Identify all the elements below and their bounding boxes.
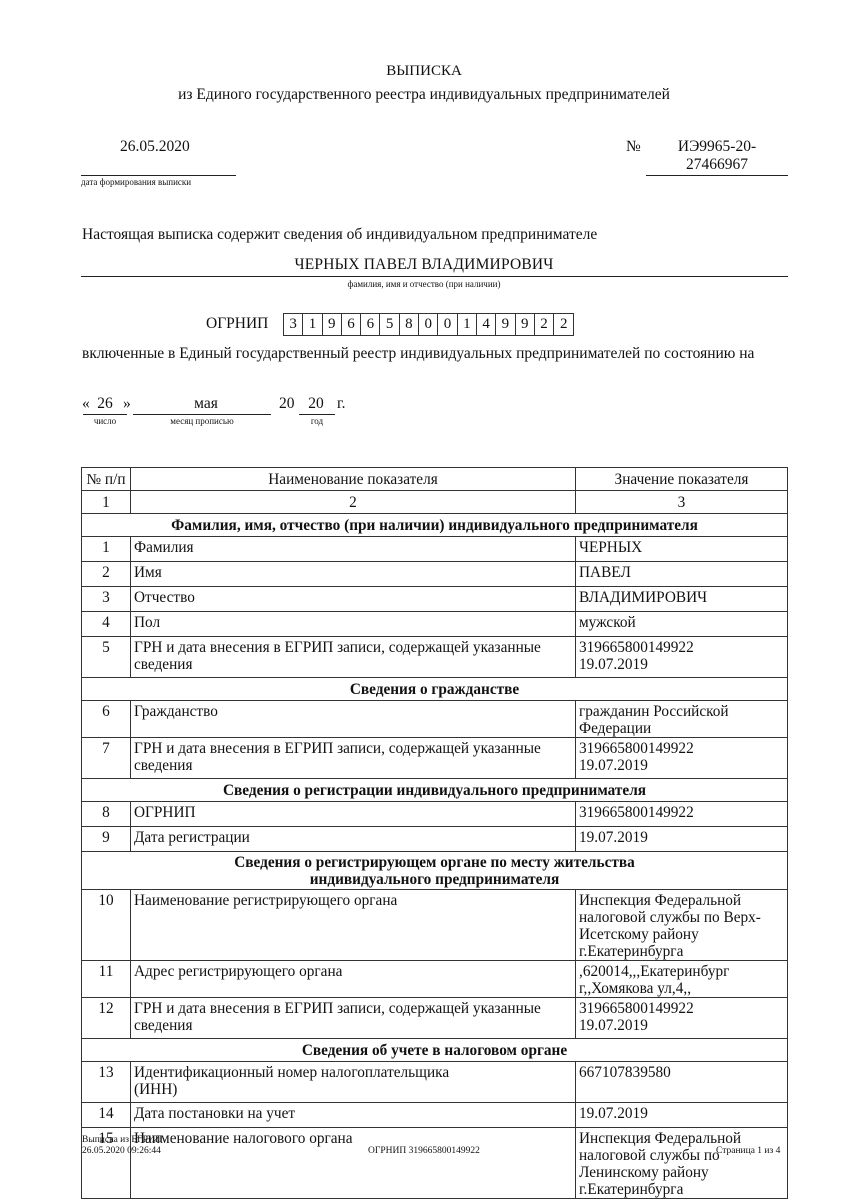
row-value: мужской (576, 612, 788, 637)
table-row: 5 ГРН и дата внесения в ЕГРИП записи, со… (82, 637, 788, 678)
row-number: 14 (82, 1103, 131, 1128)
grn-date: 19.07.2019 (579, 757, 784, 774)
ogrnip-digit-boxes: 3 1 9 6 6 5 8 0 0 1 4 9 9 2 2 (283, 313, 574, 336)
table-row: 10 Наименование регистрирующего органа И… (82, 890, 788, 961)
row-value: ,620014,,,Екатеринбург г,,Хомякова ул,4,… (576, 961, 788, 998)
section-title: Сведения о регистрирующем органе по мест… (82, 852, 788, 890)
section-title: Сведения о гражданстве (82, 678, 788, 701)
row-number: 9 (82, 827, 131, 852)
ogrnip-digit: 5 (380, 314, 399, 335)
ogrnip-digit: 1 (303, 314, 322, 335)
ogrnip-digit: 8 (400, 314, 419, 335)
row-number: 13 (82, 1062, 131, 1103)
table-row: 14 Дата постановки на учет 19.07.2019 (82, 1103, 788, 1128)
day-caption: число (83, 416, 127, 426)
grn-value: 319665800149922 (579, 639, 784, 656)
index-cell: 1 (82, 491, 131, 514)
year-underline (299, 414, 335, 415)
row-value: 319665800149922 (576, 802, 788, 827)
intro-text: Настоящая выписка содержит сведения об и… (82, 226, 597, 244)
row-value: ВЛАДИМИРОВИЧ (576, 587, 788, 612)
row-name: ГРН и дата внесения в ЕГРИП записи, соде… (131, 738, 576, 779)
row-number: 5 (82, 637, 131, 678)
row-value: гражданин Российской Федерации (576, 701, 788, 738)
header-indicator-value: Значение показателя (576, 468, 788, 491)
section-header: Фамилия, имя, отчество (при наличии) инд… (82, 514, 788, 537)
row-name: Дата постановки на учет (131, 1103, 576, 1128)
index-cell: 2 (131, 491, 576, 514)
number-sign: № (626, 138, 641, 156)
ogrnip-digit: 3 (284, 314, 303, 335)
section-header: Сведения о регистрирующем органе по мест… (82, 852, 788, 890)
footer-ogrnip: ОГРНИП 319665800149922 (368, 1146, 480, 1157)
ogrnip-digit: 2 (554, 314, 573, 335)
extract-date: 26.05.2020 (120, 138, 190, 156)
year-suffix: г. (337, 395, 345, 413)
table-index-row: 1 2 3 (82, 491, 788, 514)
row-value: 19.07.2019 (576, 1103, 788, 1128)
grn-value: 319665800149922 (579, 740, 784, 757)
row-value: ПАВЕЛ (576, 562, 788, 587)
row-number: 11 (82, 961, 131, 998)
table-row: 9 Дата регистрации 19.07.2019 (82, 827, 788, 852)
row-name: Идентификационный номер налогоплательщик… (131, 1062, 576, 1103)
ogrnip-digit: 9 (496, 314, 515, 335)
ogrnip-label: ОГРНИП (206, 315, 268, 333)
extract-number-line1: ИЭ9965-20- (646, 138, 788, 156)
ogrnip-digit: 2 (535, 314, 554, 335)
row-value: 319665800149922 19.07.2019 (576, 738, 788, 779)
table-header-row: № п/п Наименование показателя Значение п… (82, 468, 788, 491)
row-name: Наименование налогового органа (131, 1128, 576, 1199)
extract-number: ИЭ9965-20- 27466967 (646, 138, 788, 174)
day-underline (83, 414, 127, 415)
row-value: Инспекция Федеральной налоговой службы п… (576, 890, 788, 961)
table-row: 7 ГРН и дата внесения в ЕГРИП записи, со… (82, 738, 788, 779)
row-value: 19.07.2019 (576, 827, 788, 852)
row-number: 12 (82, 998, 131, 1039)
row-value: 319665800149922 19.07.2019 (576, 637, 788, 678)
ogrnip-digit: 0 (438, 314, 457, 335)
table-row: 1 Фамилия ЧЕРНЫХ (82, 537, 788, 562)
date-underline (81, 175, 236, 176)
row-number: 3 (82, 587, 131, 612)
row-number: 8 (82, 802, 131, 827)
row-number: 7 (82, 738, 131, 779)
grn-date: 19.07.2019 (579, 1017, 784, 1034)
document-title: ВЫПИСКА (0, 63, 848, 80)
ogrnip-digit: 6 (342, 314, 361, 335)
row-name: Гражданство (131, 701, 576, 738)
row-name: Наименование регистрирующего органа (131, 890, 576, 961)
extract-number-line2: 27466967 (646, 156, 788, 174)
row-name: Дата регистрации (131, 827, 576, 852)
close-quote: » (123, 395, 131, 413)
row-number: 1 (82, 537, 131, 562)
table-row: 6 Гражданство гражданин Российской Федер… (82, 701, 788, 738)
ogrnip-digit: 9 (516, 314, 535, 335)
section-title: Сведения о регистрации индивидуального п… (82, 779, 788, 802)
table-row: 2 Имя ПАВЕЛ (82, 562, 788, 587)
table-row: 13 Идентификационный номер налогоплатель… (82, 1062, 788, 1103)
row-number: 10 (82, 890, 131, 961)
row-name: ОГРНИП (131, 802, 576, 827)
ogrnip-digit: 1 (458, 314, 477, 335)
document-subtitle: из Единого государственного реестра инди… (0, 86, 848, 104)
footer-timestamp: 26.05.2020 09:26:44 (82, 1146, 162, 1157)
entrepreneur-name: ЧЕРНЫХ ПАВЕЛ ВЛАДИМИРОВИЧ (0, 256, 848, 274)
row-name: Адрес регистрирующего органа (131, 961, 576, 998)
table-row: 12 ГРН и дата внесения в ЕГРИП записи, с… (82, 998, 788, 1039)
header-indicator-name: Наименование показателя (131, 468, 576, 491)
row-name: Имя (131, 562, 576, 587)
row-number: 4 (82, 612, 131, 637)
table-row: 11 Адрес регистрирующего органа ,620014,… (82, 961, 788, 998)
ogrnip-digit: 0 (419, 314, 438, 335)
section-header: Сведения об учете в налоговом органе (82, 1039, 788, 1062)
header-number: № п/п (82, 468, 131, 491)
row-name: ГРН и дата внесения в ЕГРИП записи, соде… (131, 998, 576, 1039)
registry-table: № п/п Наименование показателя Значение п… (81, 467, 788, 1199)
table-row: 4 Пол мужской (82, 612, 788, 637)
row-number: 2 (82, 562, 131, 587)
number-underline (646, 175, 788, 176)
year-caption: год (299, 416, 335, 426)
section-title: Фамилия, имя, отчество (при наличии) инд… (82, 514, 788, 537)
row-value: 667107839580 (576, 1062, 788, 1103)
table-row: 3 Отчество ВЛАДИМИРОВИЧ (82, 587, 788, 612)
row-name: Фамилия (131, 537, 576, 562)
row-number: 6 (82, 701, 131, 738)
row-name: Пол (131, 612, 576, 637)
footer-left: Выписка из ЕГРИП 26.05.2020 09:26:44 (82, 1135, 162, 1157)
state-year: 20 (298, 395, 334, 413)
state-month: мая (138, 395, 274, 413)
month-caption: месяц прописью (133, 416, 271, 426)
table-row: 15 Наименование налогового органа Инспек… (82, 1128, 788, 1199)
row-name: ГРН и дата внесения в ЕГРИП записи, соде… (131, 637, 576, 678)
footer-doc-name: Выписка из ЕГРИП (82, 1135, 162, 1146)
section-header: Сведения о регистрации индивидуального п… (82, 779, 788, 802)
ogrnip-digit: 4 (477, 314, 496, 335)
table-row: 8 ОГРНИП 319665800149922 (82, 802, 788, 827)
grn-value: 319665800149922 (579, 1000, 784, 1017)
included-text: включенные в Единый государственный реес… (82, 345, 772, 363)
state-day: 26 (88, 395, 122, 413)
page-indicator: Страница 1 из 4 (716, 1146, 780, 1157)
month-underline (133, 414, 271, 415)
section-header: Сведения о гражданстве (82, 678, 788, 701)
row-name: Отчество (131, 587, 576, 612)
row-value: 319665800149922 19.07.2019 (576, 998, 788, 1039)
name-underline (81, 276, 788, 277)
row-value: Инспекция Федеральной налоговой службы п… (576, 1128, 788, 1199)
section-title: Сведения об учете в налоговом органе (82, 1039, 788, 1062)
name-caption: фамилия, имя и отчество (при наличии) (0, 279, 848, 289)
state-century: 20 (279, 395, 295, 413)
date-caption: дата формирования выписки (81, 177, 191, 187)
index-cell: 3 (576, 491, 788, 514)
ogrnip-digit: 9 (323, 314, 342, 335)
row-value: ЧЕРНЫХ (576, 537, 788, 562)
ogrnip-digit: 6 (361, 314, 380, 335)
grn-date: 19.07.2019 (579, 656, 784, 673)
